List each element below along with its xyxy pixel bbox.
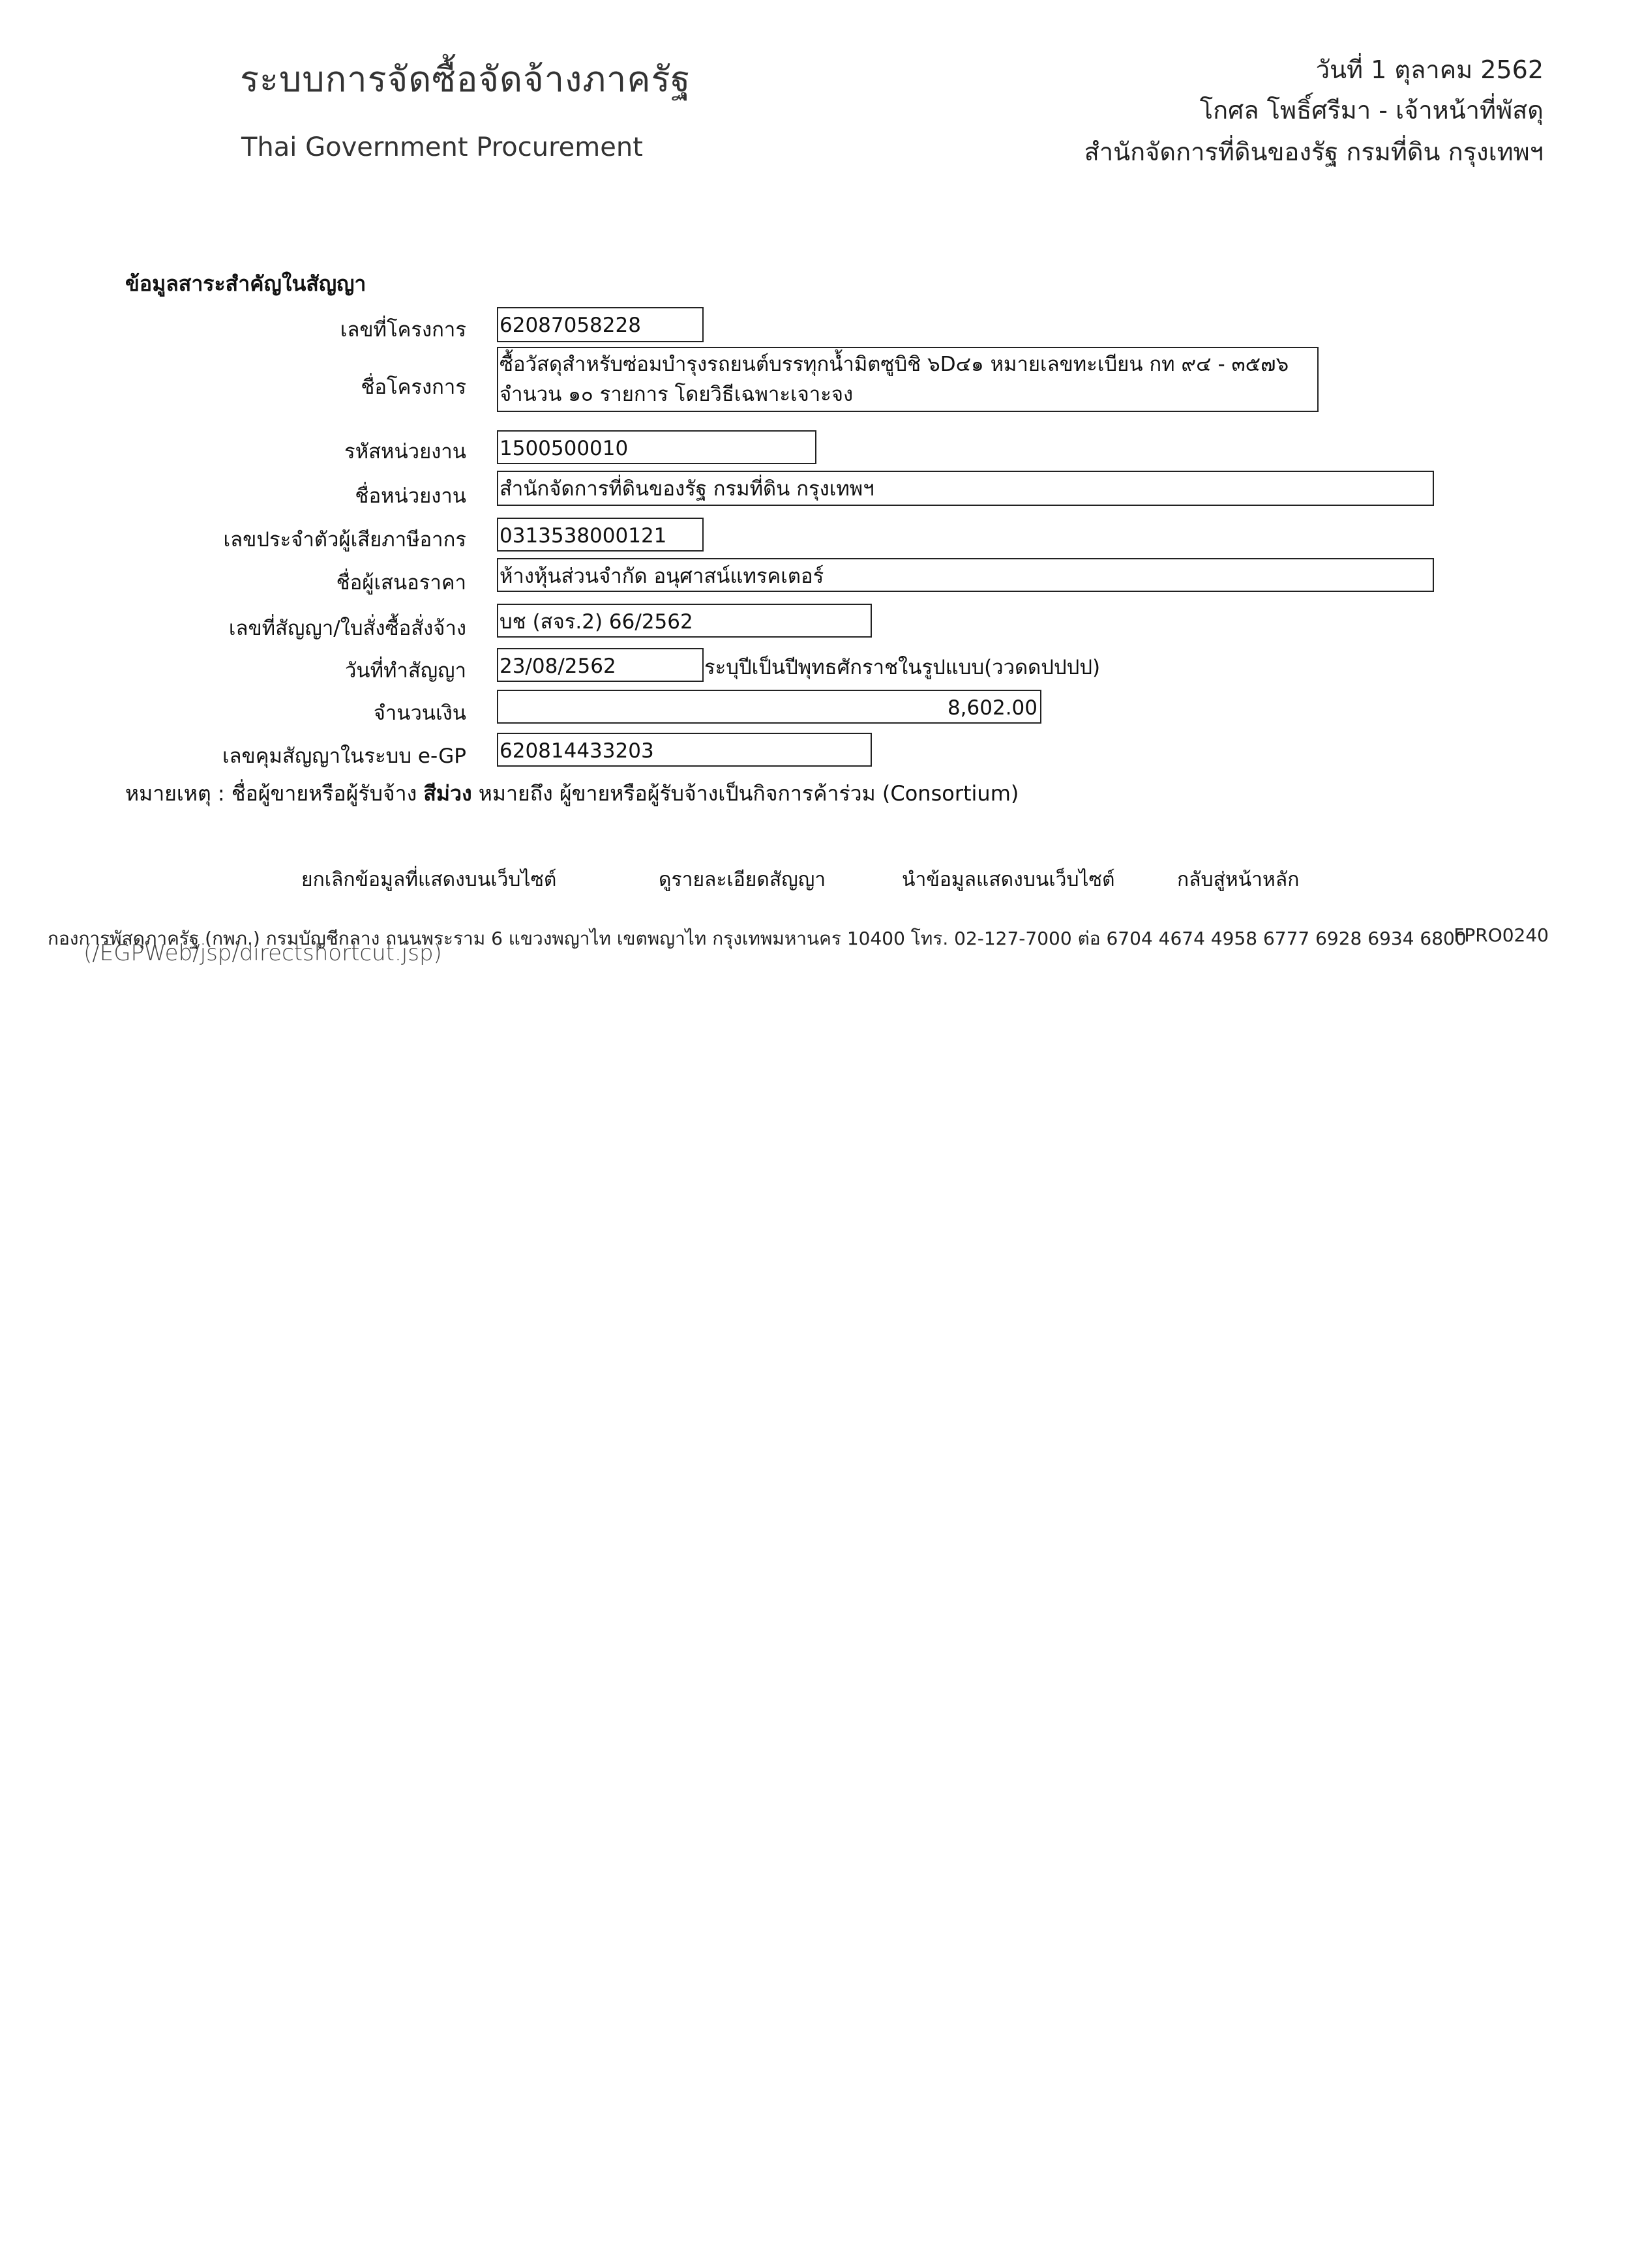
- date-format-hint: ระบุปีเป็นปีพุทธศักราชในรูปแบบ(ววดดปปปป): [704, 651, 1100, 683]
- header-date: วันที่ 1 ตุลาคม 2562: [1316, 50, 1544, 89]
- contract-date-field[interactable]: 23/08/2562: [497, 648, 704, 682]
- publish-link[interactable]: นำข้อมูลแสดงบนเว็บไซต์: [902, 864, 1114, 895]
- header-user: โกศล โพธิ์ศรีมา - เจ้าหน้าที่พัสดุ: [1200, 90, 1544, 130]
- system-title-thai: ระบบการจัดซื้อจัดจ้างภาครัฐ: [240, 51, 691, 107]
- back-home-link[interactable]: กลับสู่หน้าหลัก: [1177, 864, 1299, 895]
- egp-control-no-field[interactable]: 620814433203: [497, 733, 872, 767]
- agency-code-label: รหัสหน่วยงาน: [344, 435, 466, 467]
- amount-label: จำนวนเงิน: [374, 696, 466, 729]
- project-name-label: ชื่อโครงการ: [361, 370, 466, 403]
- contract-date-label: วันที่ทำสัญญา: [345, 654, 466, 686]
- consortium-note: หมายเหตุ : ชื่อผู้ขายหรือผู้รับจ้าง สีม่…: [125, 777, 1019, 810]
- agency-name-field[interactable]: สำนักจัดการที่ดินของรัฐ กรมที่ดิน กรุงเท…: [497, 471, 1434, 506]
- contract-no-field[interactable]: บช (สจร.2) 66/2562: [497, 604, 872, 638]
- project-no-field[interactable]: 62087058228: [497, 307, 704, 342]
- note-prefix: หมายเหตุ : ชื่อผู้ขายหรือผู้รับจ้าง: [125, 781, 423, 806]
- url-overlay: (/EGPWeb/jsp/directshortcut.jsp): [83, 940, 442, 966]
- cancel-display-link[interactable]: ยกเลิกข้อมูลที่แสดงบนเว็บไซต์: [301, 864, 556, 895]
- egp-control-no-label: เลขคุมสัญญาในระบบ e-GP: [222, 739, 466, 772]
- amount-field[interactable]: 8,602.00: [497, 690, 1041, 724]
- note-suffix: หมายถึง ผู้ขายหรือผู้รับจ้างเป็นกิจการค้…: [472, 781, 1019, 806]
- agency-name-label: ชื่อหน่วยงาน: [355, 479, 466, 512]
- contract-no-label: เลขที่สัญญา/ใบสั่งซื้อสั่งจ้าง: [229, 611, 466, 644]
- tax-id-label: เลขประจำตัวผู้เสียภาษีอากร: [224, 523, 466, 555]
- agency-code-field[interactable]: 1500500010: [497, 430, 816, 464]
- project-no-label: เลขที่โครงการ: [340, 313, 466, 346]
- header-organization: สำนักจัดการที่ดินของรัฐ กรมที่ดิน กรุงเท…: [1084, 132, 1544, 171]
- tax-id-field[interactable]: 0313538000121: [497, 518, 704, 552]
- note-highlight: สีม่วง: [423, 781, 471, 806]
- view-contract-link[interactable]: ดูรายละเอียดสัญญา: [659, 864, 826, 895]
- section-title: ข้อมูลสาระสำคัญในสัญญา: [125, 267, 366, 301]
- project-name-field[interactable]: ซื้อวัสดุสำหรับซ่อมบำรุงรถยนต์บรรทุกน้ำม…: [497, 347, 1319, 412]
- bidder-name-field[interactable]: ห้างหุ้นส่วนจำกัด อนุศาสน์แทรคเตอร์: [497, 558, 1434, 592]
- bidder-name-label: ชื่อผู้เสนอราคา: [336, 566, 466, 598]
- page-code: FPRO0240: [1454, 924, 1549, 946]
- system-title-english: Thai Government Procurement: [241, 132, 643, 162]
